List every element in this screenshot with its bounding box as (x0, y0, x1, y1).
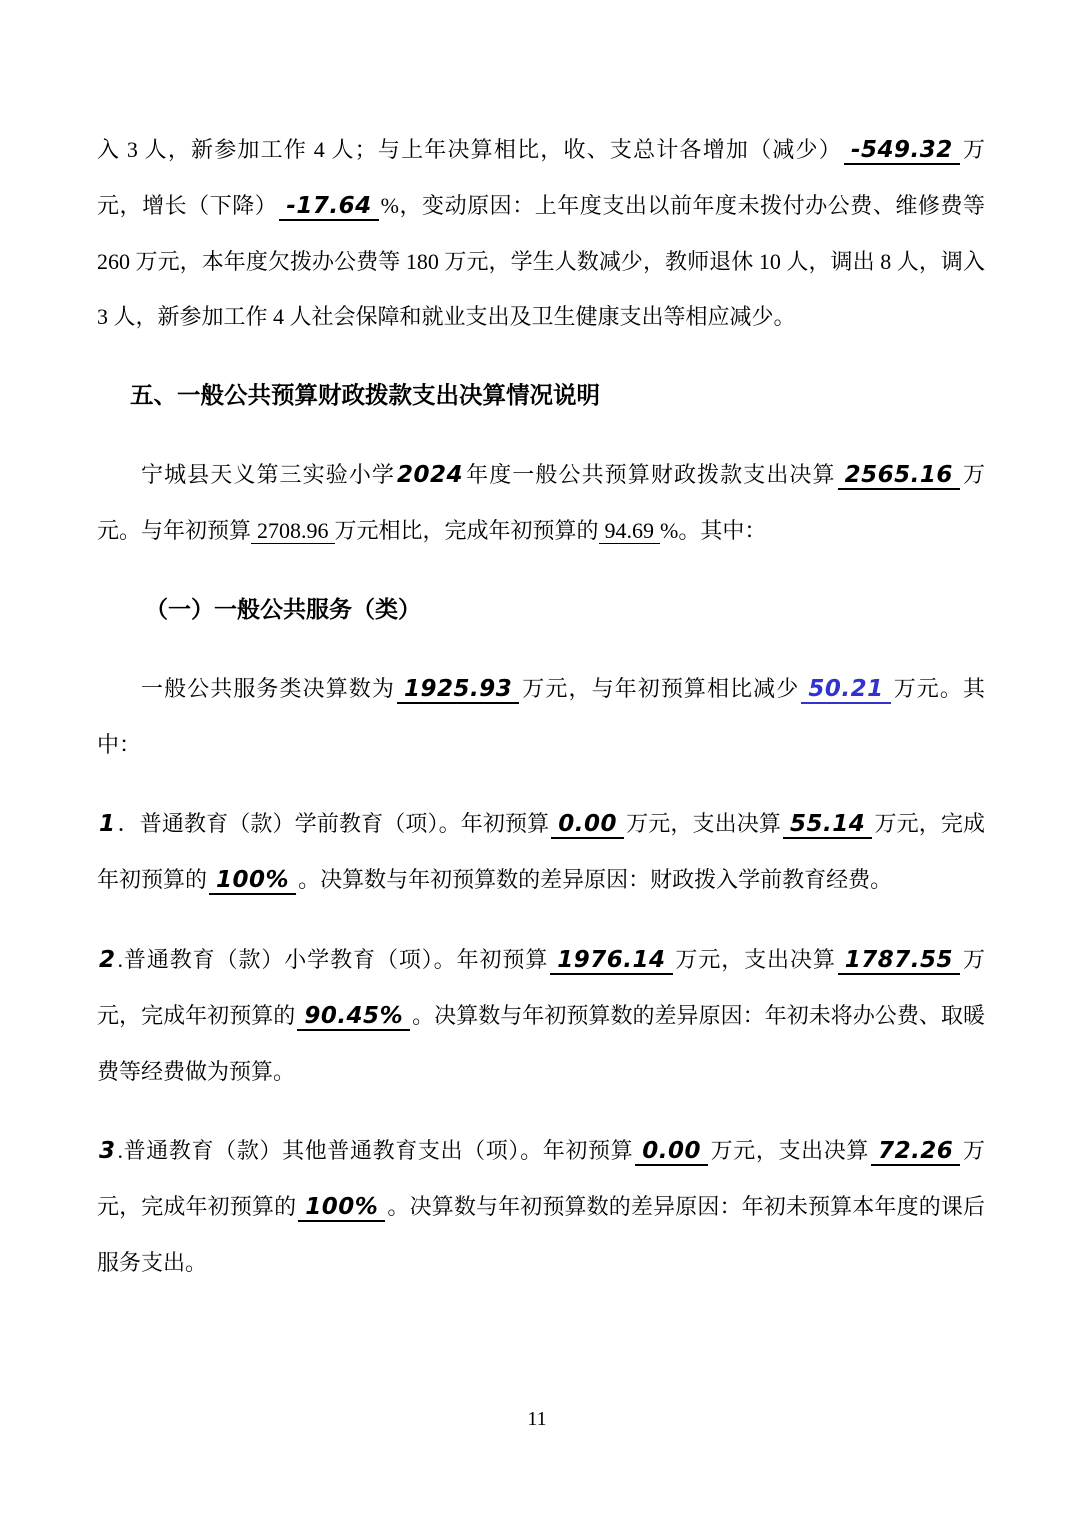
para-item-1-preschool-education-segment: 0.00 (551, 811, 624, 839)
para-general-public-service: 一般公共服务类决算数为1925.93万元，与年初预算相比减少50.21万元。其中… (97, 661, 985, 772)
para-item-1-preschool-education-segment: 1 (99, 811, 116, 837)
para-item-3-other-general-education-segment: .普通教育（款）其他普通教育支出（项）。年初预算 (118, 1138, 634, 1163)
para-item-2-primary-education-segment: 1787.55 (838, 947, 960, 975)
para-item-2-primary-education-segment: 2 (99, 947, 116, 973)
para-expenditure-overview-segment: 宁城县天义第三实验小学 (141, 462, 395, 487)
para-general-public-service-segment: 一般公共服务类决算数为 (141, 676, 395, 701)
para-item-3-other-general-education-segment: 72.26 (871, 1138, 960, 1166)
para-expenditure-overview-segment: 94.69 (599, 518, 661, 544)
para-item-3-other-general-education: 3.普通教育（款）其他普通教育支出（项）。年初预算0.00万元，支出决算72.2… (97, 1123, 985, 1290)
para-item-3-other-general-education-segment: 100% (298, 1194, 385, 1222)
para-item-1-preschool-education-segment: 。决算数与年初预算数的差异原因：财政拨入学前教育经费。 (298, 867, 892, 892)
para-item-3-other-general-education-segment: 3 (99, 1138, 116, 1164)
para-item-1-preschool-education-segment: ．普通教育（款）学前教育（项）。年初预算 (118, 811, 550, 836)
para-general-public-service-segment: 1925.93 (397, 676, 519, 704)
heading-section-5-segment: 五、一般公共预算财政拨款支出决算情况说明 (130, 382, 600, 408)
document-page: 入 3 人，新参加工作 4 人；与上年决算相比，收、支总计各增加（减少）-549… (0, 0, 1074, 1520)
para-expenditure-overview-segment: 万元相比，完成年初预算的 (335, 518, 599, 543)
para-item-2-primary-education-segment: 万元，支出决算 (675, 947, 836, 972)
para-expenditure-overview-segment: 2565.16 (838, 462, 960, 490)
para-prior-year-comparison-segment: -549.32 (844, 137, 960, 165)
para-item-1-preschool-education-segment: 55.14 (783, 811, 872, 839)
para-expenditure-overview-segment: 2024 (397, 462, 463, 488)
para-item-3-other-general-education-segment: 万元，支出决算 (710, 1138, 869, 1163)
para-item-1-preschool-education-segment: 万元，支出决算 (626, 811, 781, 836)
para-prior-year-comparison-segment: 入 3 人，新参加工作 4 人；与上年决算相比，收、支总计各增加（减少） (97, 137, 842, 162)
para-item-2-primary-education-segment: 1976.14 (550, 947, 672, 975)
document-body: 入 3 人，新参加工作 4 人；与上年决算相比，收、支总计各增加（减少）-549… (97, 122, 985, 1314)
para-expenditure-overview-segment: 年度一般公共预算财政拨款支出决算 (465, 462, 836, 487)
page-number: 11 (0, 1408, 1074, 1431)
para-expenditure-overview: 宁城县天义第三实验小学2024年度一般公共预算财政拨款支出决算2565.16万元… (97, 447, 985, 558)
para-prior-year-comparison-segment: -17.64 (279, 193, 378, 221)
para-item-2-primary-education-segment: 90.45% (297, 1003, 410, 1031)
para-general-public-service-segment: 万元，与年初预算相比减少 (521, 676, 799, 701)
para-item-2-primary-education-segment: .普通教育（款）小学教育（项）。年初预算 (118, 947, 549, 972)
heading-subsection-general-public-service-segment: （一）一般公共服务（类） (145, 597, 421, 622)
para-item-1-preschool-education-segment: 100% (209, 867, 296, 895)
para-item-2-primary-education: 2.普通教育（款）小学教育（项）。年初预算1976.14万元，支出决算1787.… (97, 932, 985, 1099)
para-general-public-service-segment: 50.21 (801, 676, 890, 704)
heading-section-5: 五、一般公共预算财政拨款支出决算情况说明 (97, 368, 985, 423)
para-expenditure-overview-segment: 2708.96 (251, 518, 335, 544)
para-item-1-preschool-education: 1．普通教育（款）学前教育（项）。年初预算0.00万元，支出决算55.14万元，… (97, 796, 985, 908)
para-prior-year-comparison: 入 3 人，新参加工作 4 人；与上年决算相比，收、支总计各增加（减少）-549… (97, 122, 985, 344)
para-expenditure-overview-segment: %。其中： (660, 518, 766, 543)
heading-subsection-general-public-service: （一）一般公共服务（类） (97, 582, 985, 637)
para-item-3-other-general-education-segment: 0.00 (635, 1138, 708, 1166)
